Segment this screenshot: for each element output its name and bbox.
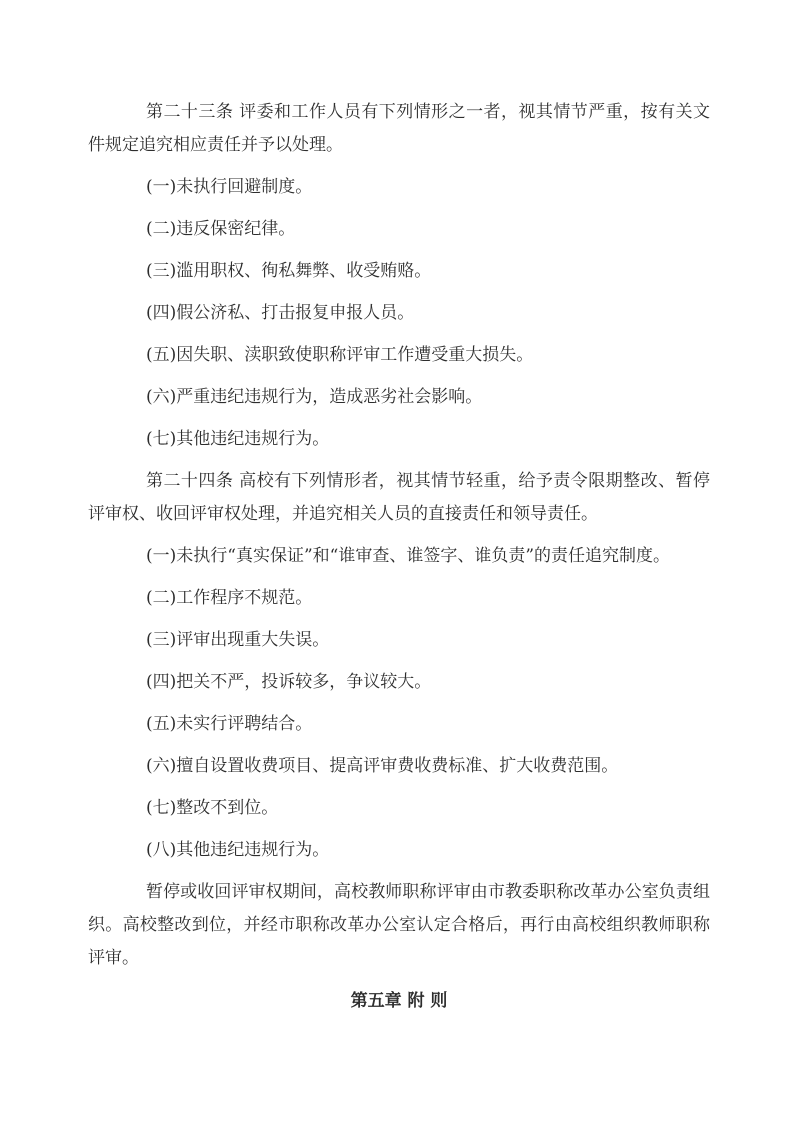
article-24-item-2: (二)工作程序不规范。 bbox=[88, 582, 710, 615]
article-23-item-2: (二)违反保密纪律。 bbox=[88, 213, 710, 246]
article-24-item-1: (一)未执行“真实保证”和“谁审查、谁签字、谁负责”的责任追究制度。 bbox=[88, 540, 710, 573]
article-23-item-1: (一)未执行回避制度。 bbox=[88, 171, 710, 204]
article-24-item-7: (七)整改不到位。 bbox=[88, 792, 710, 825]
article-23-item-7: (七)其他违纪违规行为。 bbox=[88, 423, 710, 456]
closing-paragraph: 暂停或收回评审权期间，高校教师职称评审由市教委职称改革办公室负责组织。高校整改到… bbox=[88, 876, 710, 975]
article-24-item-6: (六)擅自设置收费项目、提高评审费收费标准、扩大收费范围。 bbox=[88, 750, 710, 783]
article-24-item-5: (五)未实行评聘结合。 bbox=[88, 708, 710, 741]
article-24-intro: 第二十四条 高校有下列情形者，视其情节轻重，给予责令限期整改、暂停评审权、收回评… bbox=[88, 465, 710, 531]
article-23-item-3: (三)滥用职权、徇私舞弊、收受贿赂。 bbox=[88, 255, 710, 288]
article-23-item-6: (六)严重违纪违规行为，造成恶劣社会影响。 bbox=[88, 381, 710, 414]
article-24-item-8: (八)其他违纪违规行为。 bbox=[88, 834, 710, 867]
article-23-intro: 第二十三条 评委和工作人员有下列情形之一者，视其情节严重，按有关文件规定追究相应… bbox=[88, 96, 710, 162]
article-24-item-4: (四)把关不严，投诉较多，争议较大。 bbox=[88, 666, 710, 699]
article-23-item-5: (五)因失职、渎职致使职称评审工作遭受重大损失。 bbox=[88, 339, 710, 372]
article-23-item-4: (四)假公济私、打击报复申报人员。 bbox=[88, 297, 710, 330]
document-page: 第二十三条 评委和工作人员有下列情形之一者，视其情节严重，按有关文件规定追究相应… bbox=[0, 0, 793, 1122]
article-24-item-3: (三)评审出现重大失误。 bbox=[88, 624, 710, 657]
chapter-5-heading: 第五章 附 则 bbox=[88, 985, 710, 1018]
